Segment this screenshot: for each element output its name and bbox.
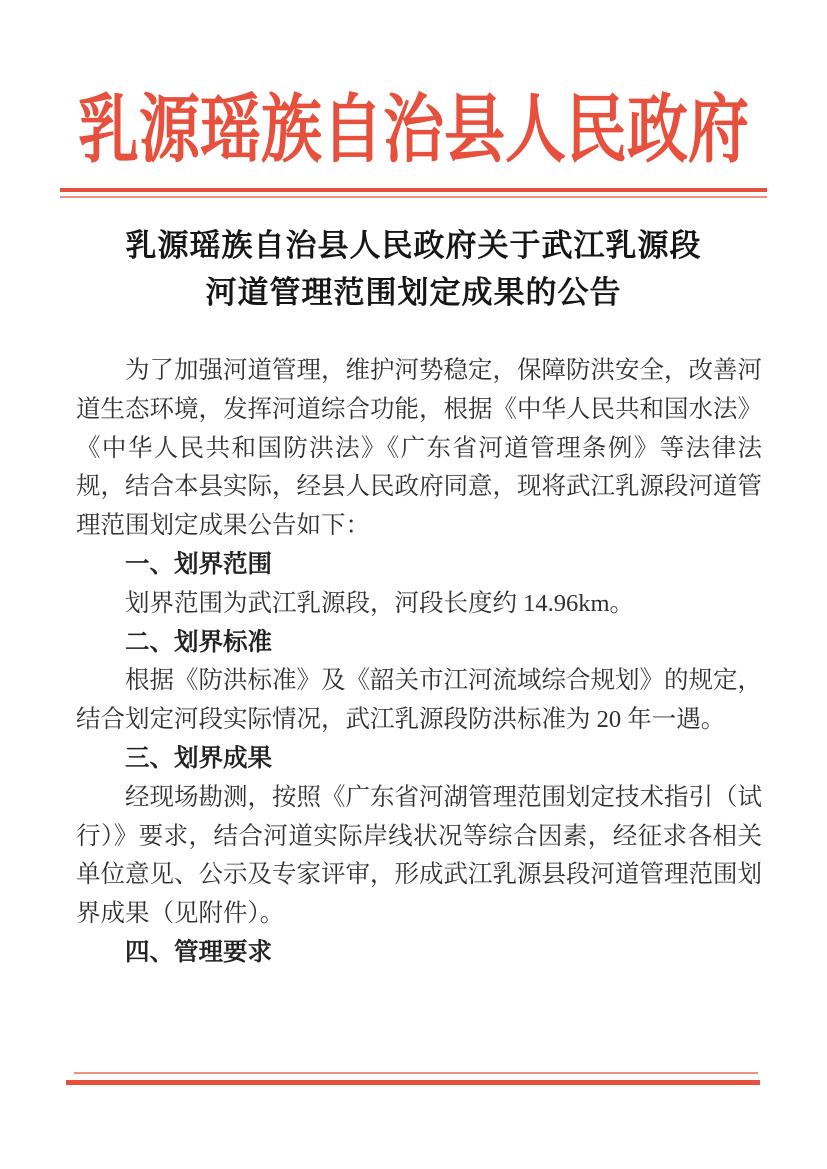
document-title: 乳源瑶族自治县人民政府关于武江乳源段 河道管理范围划定成果的公告	[0, 222, 827, 316]
body-paragraph: 经现场勘测，按照《广东省河湖管理范围划定技术指引（试行）》要求，结合河道实际岸线…	[76, 779, 762, 934]
header-rule-thin	[60, 196, 767, 198]
announcement-page: 乳源瑶族自治县人民政府 乳源瑶族自治县人民政府关于武江乳源段 河道管理范围划定成…	[0, 0, 827, 1169]
header-rule-thick	[60, 188, 767, 192]
body-paragraph: 划界范围为武江乳源段，河段长度约 14.96km。	[76, 585, 762, 624]
footer-rule-thin	[74, 1072, 758, 1074]
document-body: 为了加强河道管理，维护河势稳定，保障防洪安全，改善河道生态环境，发挥河道综合功能…	[76, 352, 762, 973]
footer-rule-thick	[66, 1080, 760, 1085]
document-title-line1: 乳源瑶族自治县人民政府关于武江乳源段	[0, 222, 827, 269]
section-heading: 四、管理要求	[76, 934, 762, 973]
document-title-line2: 河道管理范围划定成果的公告	[0, 269, 827, 316]
section-heading: 二、划界标准	[76, 624, 762, 663]
body-paragraph: 为了加强河道管理，维护河势稳定，保障防洪安全，改善河道生态环境，发挥河道综合功能…	[76, 352, 762, 546]
letterhead-title: 乳源瑶族自治县人民政府	[78, 94, 749, 168]
header-rule	[60, 188, 767, 198]
section-heading: 三、划界成果	[76, 740, 762, 779]
body-paragraph: 根据《防洪标准》及《韶关市江河流域综合规划》的规定，结合划定河段实际情况，武江乳…	[76, 662, 762, 740]
letterhead: 乳源瑶族自治县人民政府	[0, 94, 827, 155]
section-heading: 一、划界范围	[76, 546, 762, 585]
